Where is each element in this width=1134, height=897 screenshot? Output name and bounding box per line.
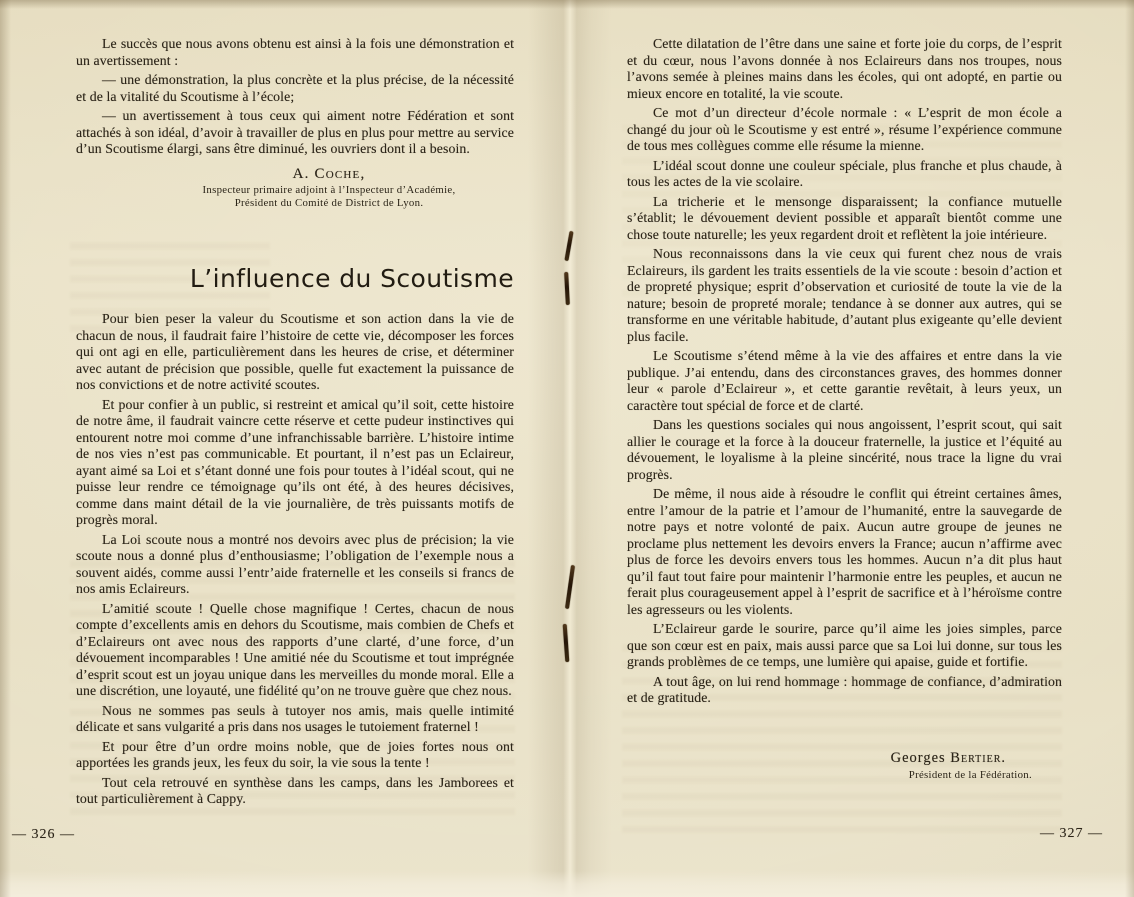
paragraph: — une démonstration, la plus concrète et… <box>76 72 514 105</box>
paragraph: Nous reconnaissons dans la vie ceux qui … <box>627 246 1062 345</box>
author-role-line: Président du Comité de District de Lyon. <box>76 197 514 210</box>
author-surname: Coche, <box>315 166 366 182</box>
paragraph: Cette dilatation de l’être dans une sain… <box>627 36 1062 102</box>
paragraph: Nous ne sommes pas seuls à tutoyer nos a… <box>76 703 514 736</box>
paragraph: Tout cela retrouvé en synthèse dans les … <box>76 775 514 808</box>
paragraph: La tricherie et le mensonge disparaissen… <box>627 194 1062 244</box>
author-role-line: Président de la Fédération. <box>627 768 1062 782</box>
page-left: Le succès que nous avons obtenu est ains… <box>0 0 567 897</box>
page-right-text-column: Cette dilatation de l’être dans une sain… <box>627 36 1062 866</box>
page-number-327: — 327 — <box>1040 826 1103 842</box>
page-left-text-column: Le succès que nous avons obtenu est ains… <box>76 36 514 866</box>
paragraph: Le succès que nous avons obtenu est ains… <box>76 36 514 69</box>
paragraph: Ce mot d’un directeur d’école normale : … <box>627 105 1062 155</box>
paragraph: Et pour confier à un public, si restrein… <box>76 397 514 529</box>
paragraph: Le Scoutisme s’étend même à la vie des a… <box>627 348 1062 414</box>
paragraph: — un avertissement à tous ceux qui aimen… <box>76 108 514 158</box>
author-signature: A. Coche, <box>76 165 514 184</box>
author-role-line: Inspecteur primaire adjoint à l’Inspecte… <box>76 184 514 197</box>
paragraph: A tout âge, on lui rend hommage : hommag… <box>627 674 1062 707</box>
paragraph: L’amitié scoute ! Quelle chose magnifiqu… <box>76 601 514 700</box>
article-title: L’influence du Scoutisme <box>76 264 514 294</box>
author-given-name: Georges <box>891 750 951 766</box>
page-number-326: — 326 — <box>12 827 75 843</box>
paragraph: Et pour être d’un ordre moins noble, que… <box>76 739 514 772</box>
author-surname: Bertier. <box>950 750 1006 766</box>
paragraph: L’Eclaireur garde le sourire, parce qu’i… <box>627 621 1062 671</box>
page-right: Cette dilatation de l’être dans une sain… <box>567 0 1134 897</box>
paragraph: Dans les questions sociales qui nous ang… <box>627 417 1062 483</box>
author-given-name: A. <box>293 166 315 182</box>
paragraph: Pour bien peser la valeur du Scoutisme e… <box>76 311 514 394</box>
paragraph: L’idéal scout donne une couleur spéciale… <box>627 158 1062 191</box>
paragraph: La Loi scoute nous a montré nos devoirs … <box>76 532 514 598</box>
author-signature: Georges Bertier. Président de la Fédérat… <box>627 749 1062 782</box>
book-scan: Le succès que nous avons obtenu est ains… <box>0 0 1134 897</box>
paragraph: De même, il nous aide à résoudre le conf… <box>627 486 1062 618</box>
